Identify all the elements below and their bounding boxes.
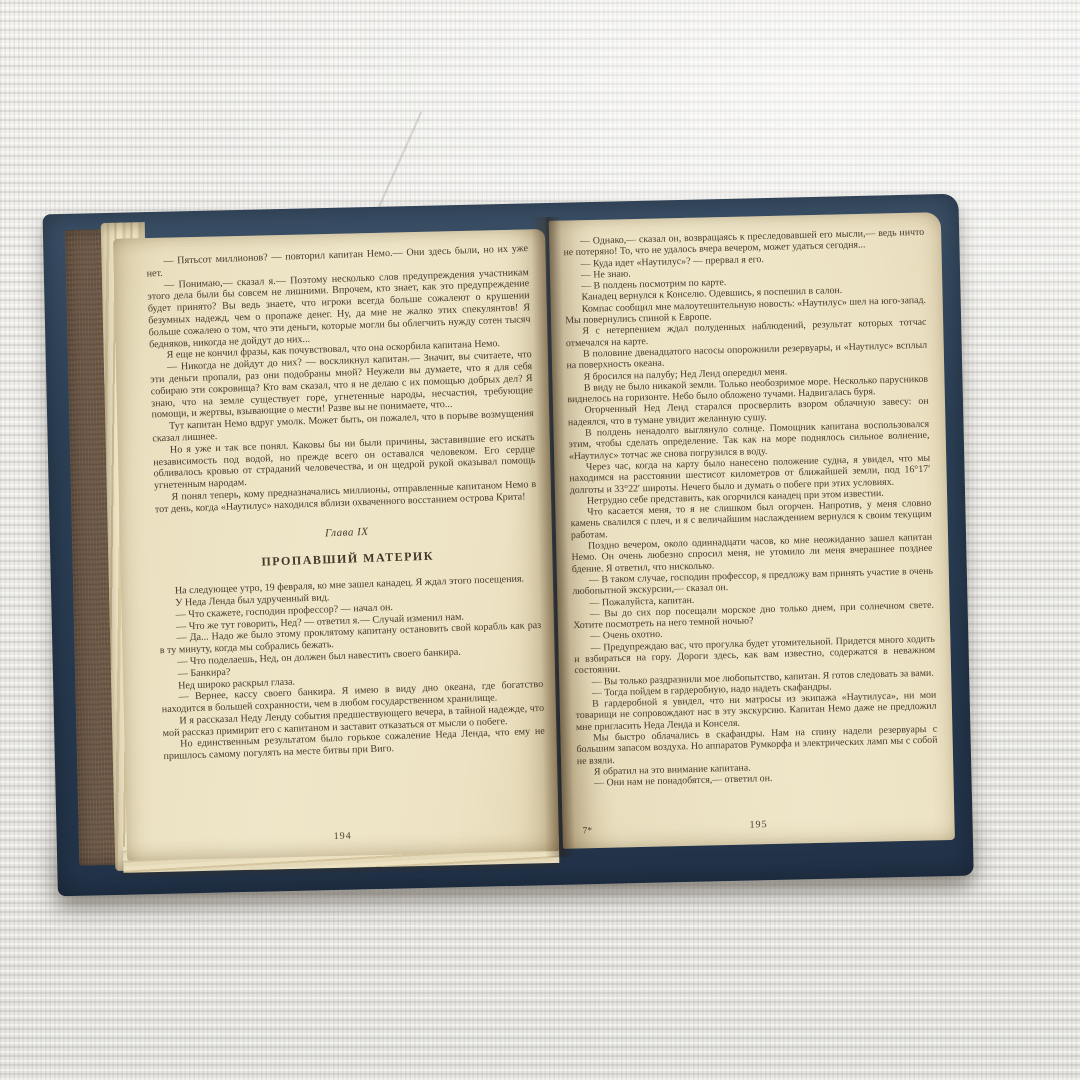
left-page-paragraphs-top: — Пятьсот миллионов? — повторил капитан … bbox=[146, 243, 537, 516]
open-book: — Пятьсот миллионов? — повторил капитан … bbox=[34, 180, 980, 901]
right-page-text: — Однако,— сказал он, возвращаясь к прес… bbox=[563, 227, 939, 815]
chapter-heading: Глава IX ПРОПАВШИЙ МАТЕРИК bbox=[156, 521, 539, 573]
chapter-title: ПРОПАВШИЙ МАТЕРИК bbox=[157, 547, 539, 572]
right-page-paragraphs: — Однако,— сказал он, возвращаясь к прес… bbox=[563, 227, 938, 790]
right-page: — Однако,— сказал он, возвращаясь к прес… bbox=[549, 212, 955, 849]
paragraph: — Понимаю,— сказал я.— Поэтому несколько… bbox=[147, 267, 531, 351]
right-page-number: 195 bbox=[562, 815, 954, 835]
chapter-label: Глава IX bbox=[156, 521, 538, 546]
photo-background: — Пятьсот миллионов? — повторил капитан … bbox=[0, 0, 1080, 1080]
left-page: — Пятьсот миллионов? — повторил капитан … bbox=[113, 229, 559, 861]
left-page-paragraphs-bottom: На следующее утро, 19 февраля, ко мне за… bbox=[158, 573, 546, 763]
left-page-text: — Пятьсот миллионов? — повторил капитан … bbox=[146, 243, 548, 824]
left-page-number: 194 bbox=[127, 826, 559, 847]
